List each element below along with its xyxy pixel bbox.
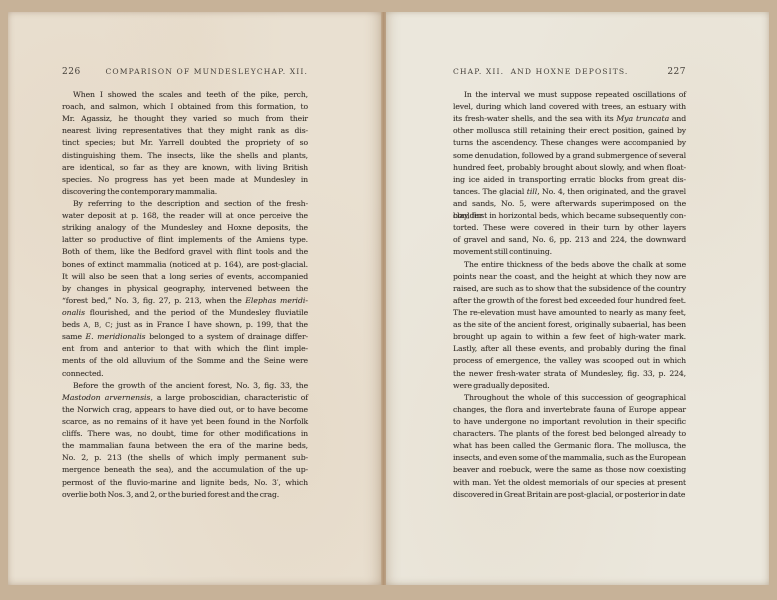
text-line: characters. The plants of the forest bed… <box>453 428 686 440</box>
text-line: No. 2, p. 213 (the shells of which imply… <box>62 452 308 464</box>
text-line: tances. The glacial till, No. 4, then or… <box>453 186 686 198</box>
text-line: onalis flourished, and the period of the… <box>62 307 308 319</box>
text-line: process of emergence, the valley was sco… <box>453 355 686 367</box>
text-line: the mammalian fauna between the era of t… <box>62 440 308 452</box>
text-line: clay, first in horizontal beds, which be… <box>453 210 686 222</box>
text-line: as the site of the ancient forest, origi… <box>453 319 686 331</box>
page-right: CHAP. XII. AND HOXNE DEPOSITS. 227 In th… <box>386 12 769 585</box>
text-line: Before the growth of the ancient forest,… <box>62 380 308 392</box>
text-line: mergence beneath the sea), and the accum… <box>62 464 308 476</box>
text-line: permost of the fluvio-marine and lignite… <box>62 477 308 489</box>
text-line: of gravel and sand, No. 6, pp. 213 and 2… <box>453 234 686 246</box>
text-line: points near the coast, and the height at… <box>453 271 686 283</box>
text-line: In the interval we must suppose repeated… <box>453 89 686 101</box>
text-line: connected. <box>62 368 308 380</box>
text-line: The re-elevation must have amounted to n… <box>453 307 686 319</box>
text-line: Both of them, like the Bedford gravel wi… <box>62 246 308 258</box>
text-line: its fresh-water shells, and the sea with… <box>453 113 686 125</box>
text-line: “forest bed,” No. 3, fig. 27, p. 213, wh… <box>62 295 308 307</box>
running-head-left: 226 COMPARISON OF MUNDESLEY CHAP. XII. <box>62 67 308 77</box>
book-scan: 226 COMPARISON OF MUNDESLEY CHAP. XII. W… <box>0 0 777 600</box>
text-line: tinct species; but Mr. Yarrell doubted t… <box>62 137 308 149</box>
text-line: other mollusca still retaining their ere… <box>453 125 686 137</box>
text-line: scarce, as no remains of it have yet bee… <box>62 416 308 428</box>
text-line: beaver and roebuck, were the same as tho… <box>453 464 686 476</box>
text-line: the Norwich crag, appears to have died o… <box>62 404 308 416</box>
running-title-left: COMPARISON OF MUNDESLEY <box>105 67 256 76</box>
text-line: overlie both Nos. 3, and 2, or the burie… <box>62 489 308 501</box>
text-line: turns the ascendency. These changes were… <box>453 137 686 149</box>
text-line: are identical, so far as they are known,… <box>62 162 308 174</box>
text-line: It will also be seen that a long series … <box>62 271 308 283</box>
text-line: Lastly, after all these events, and prob… <box>453 343 686 355</box>
page-number-right: 227 <box>634 67 686 77</box>
text-line: ing ice aided in transporting erratic bl… <box>453 174 686 186</box>
text-line: bones of extinct mammalia (noticed at p.… <box>62 259 308 271</box>
text-line: brought up again to within a few feet of… <box>453 331 686 343</box>
text-line: torted. These were covered in their turn… <box>453 222 686 234</box>
text-line: roach, and salmon, which I obtained from… <box>62 101 308 113</box>
text-line: Mr. Agassiz, he thought they varied so m… <box>62 113 308 125</box>
running-head-right: CHAP. XII. AND HOXNE DEPOSITS. 227 <box>453 67 686 77</box>
text-line: nearest living representatives that they… <box>62 125 308 137</box>
text-line: were gradually deposited. <box>453 380 686 392</box>
text-line: discovering the contemporary mammalia. <box>62 186 308 198</box>
text-line: changes, the flora and invertebrate faun… <box>453 404 686 416</box>
text-line: hundred feet, probably brought about slo… <box>453 162 686 174</box>
text-line: the newer fresh-water strata of Mundesle… <box>453 368 686 380</box>
text-line: The entire thickness of the beds above t… <box>453 259 686 271</box>
text-line: level, during which land covered with tr… <box>453 101 686 113</box>
text-line: some denudation, followed by a grand sub… <box>453 150 686 162</box>
text-line: beds A, B, C; just as in France I have s… <box>62 319 308 331</box>
text-line: to have undergone no important revolutio… <box>453 416 686 428</box>
text-line: ent from and anterior to that with which… <box>62 343 308 355</box>
text-line: striking analogy of the Mundesley and Ho… <box>62 222 308 234</box>
text-line: movement still continuing. <box>453 246 686 258</box>
text-line: When I showed the scales and teeth of th… <box>62 89 308 101</box>
text-line: Mastodon arvernensis, a large proboscidi… <box>62 392 308 404</box>
body-text-right: In the interval we must suppose repeated… <box>453 89 686 501</box>
body-text-left: When I showed the scales and teeth of th… <box>62 89 308 501</box>
page-left: 226 COMPARISON OF MUNDESLEY CHAP. XII. W… <box>8 12 381 585</box>
chapter-label-left: CHAP. XII. <box>257 67 308 76</box>
text-line: after the growth of the forest bed excee… <box>453 295 686 307</box>
text-line: species. No progress has yet been made a… <box>62 174 308 186</box>
text-line: latter so productive of flint implements… <box>62 234 308 246</box>
text-line: By referring to the description and sect… <box>62 198 308 210</box>
text-line: with man. Yet the oldest memorials of ou… <box>453 477 686 489</box>
running-title-right: AND HOXNE DEPOSITS. <box>505 67 634 76</box>
text-line: Throughout the whole of this succession … <box>453 392 686 404</box>
text-line: discovered in Great Britain are post-gla… <box>453 489 686 501</box>
text-line: raised, are such as to show that the sub… <box>453 283 686 295</box>
text-line: what has been called the Germanic flora.… <box>453 440 686 452</box>
text-line: cliffs. There was, no doubt, time for ot… <box>62 428 308 440</box>
text-line: ments of the old alluvium of the Somme a… <box>62 355 308 367</box>
text-line: insects, and even some of the mammalia, … <box>453 452 686 464</box>
text-line: same E. meridionalis belonged to a syste… <box>62 331 308 343</box>
page-number-left: 226 <box>62 67 105 77</box>
text-line: and sands, No. 5, were afterwards superi… <box>453 198 686 210</box>
text-line: distinguishing them. The insects, like t… <box>62 150 308 162</box>
text-line: water deposit at p. 168, the reader will… <box>62 210 308 222</box>
chapter-label-right: CHAP. XII. <box>453 67 505 76</box>
text-line: by changes in physical geography, interv… <box>62 283 308 295</box>
